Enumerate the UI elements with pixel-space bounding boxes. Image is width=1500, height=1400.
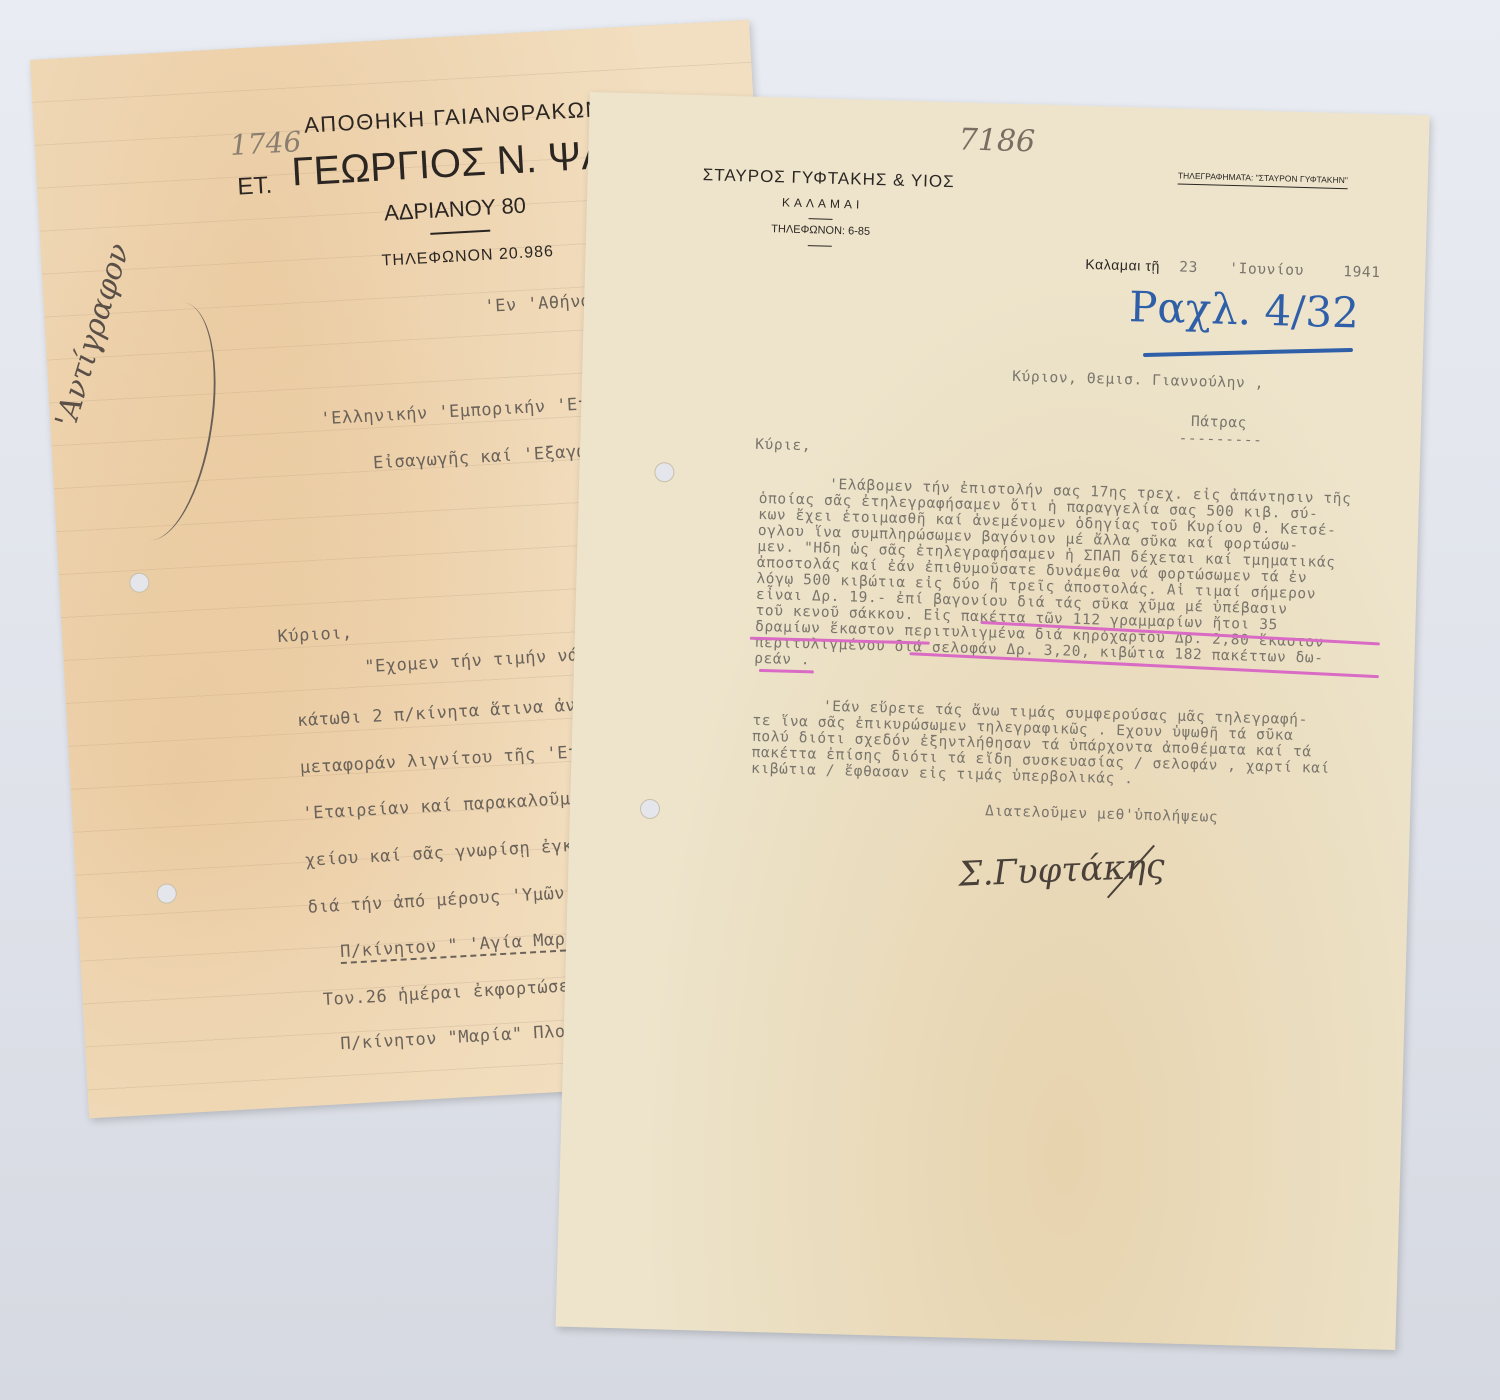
signature: Σ.Γυφτάκης bbox=[958, 846, 1166, 895]
recipient-name: Κύριον, Θεμισ. Γιαννούλην , bbox=[1012, 369, 1264, 392]
punch-hole bbox=[156, 883, 177, 904]
letterhead-phone: ΤΗΛΕΦΩΝΟΝ 20.986 bbox=[381, 243, 554, 271]
annotation-oval bbox=[118, 298, 231, 547]
highlight-underline bbox=[759, 669, 814, 674]
margin-annotation-copy: 'Αντίγραφον bbox=[49, 239, 137, 431]
body-line: ρεάν . bbox=[754, 651, 810, 669]
right-letter-sheet: 7186 ΣΤΑΥΡΟΣ ΓΥΦΤΑΚΗΣ & ΥΙΟΣ ΚΑΛΑΜΑΙ ΤΗΛ… bbox=[556, 92, 1430, 1350]
punch-hole bbox=[129, 572, 150, 593]
telegram-address: ΤΗΛΕΓΡΑΦΗΜΑΤΑ: "ΣΤΑΥΡΟΝ ΓΥΦΤΑΚΗΝ" bbox=[1178, 170, 1348, 189]
letterhead-name: ΣΤΑΥΡΟΣ ΓΥΦΤΑΚΗΣ & ΥΙΟΣ bbox=[702, 165, 954, 192]
date-year: 1941 bbox=[1343, 264, 1381, 281]
ornament-divider bbox=[808, 245, 832, 247]
punch-hole bbox=[640, 799, 661, 820]
ornament-divider bbox=[809, 218, 833, 220]
punch-hole bbox=[654, 462, 675, 483]
salutation: Κύριε, bbox=[755, 437, 811, 455]
date-day: 23 bbox=[1179, 260, 1198, 277]
blue-ink-underline bbox=[1143, 348, 1353, 357]
closing: Διατελοῦμεν μεθ'ὑπολήψεως bbox=[985, 803, 1219, 826]
date-prefix: Καλαμαι τῇ bbox=[1085, 256, 1160, 274]
salutation: Κύριοι, bbox=[277, 623, 353, 647]
date-line: Καλαμαι τῇ 23 'Ιουνίου 1941 bbox=[1085, 256, 1381, 281]
letterhead-address: ΑΔΡΙΑΝΟΥ 80 bbox=[383, 193, 526, 227]
blue-ink-reference: Ραχλ. 4/32 bbox=[1129, 282, 1360, 337]
letterhead-line1: ΑΠΟΘΗΚΗ ΓΑΙΑΝΘΡΑΚΩΝ bbox=[303, 96, 603, 139]
letterhead-phone: ΤΗΛΕΦΩΝΟΝ: 6-85 bbox=[771, 223, 870, 238]
date-month: 'Ιουνίου bbox=[1229, 261, 1304, 279]
recipient-city: Πάτρας bbox=[1191, 414, 1247, 432]
letterhead-city: ΚΑΛΑΜΑΙ bbox=[782, 195, 864, 211]
letterhead-prefix: ΕΤ. bbox=[237, 172, 273, 202]
archive-number-right: 7186 bbox=[958, 122, 1035, 159]
ornament-divider bbox=[430, 230, 490, 235]
recipient-rule: --------- bbox=[1178, 431, 1262, 449]
